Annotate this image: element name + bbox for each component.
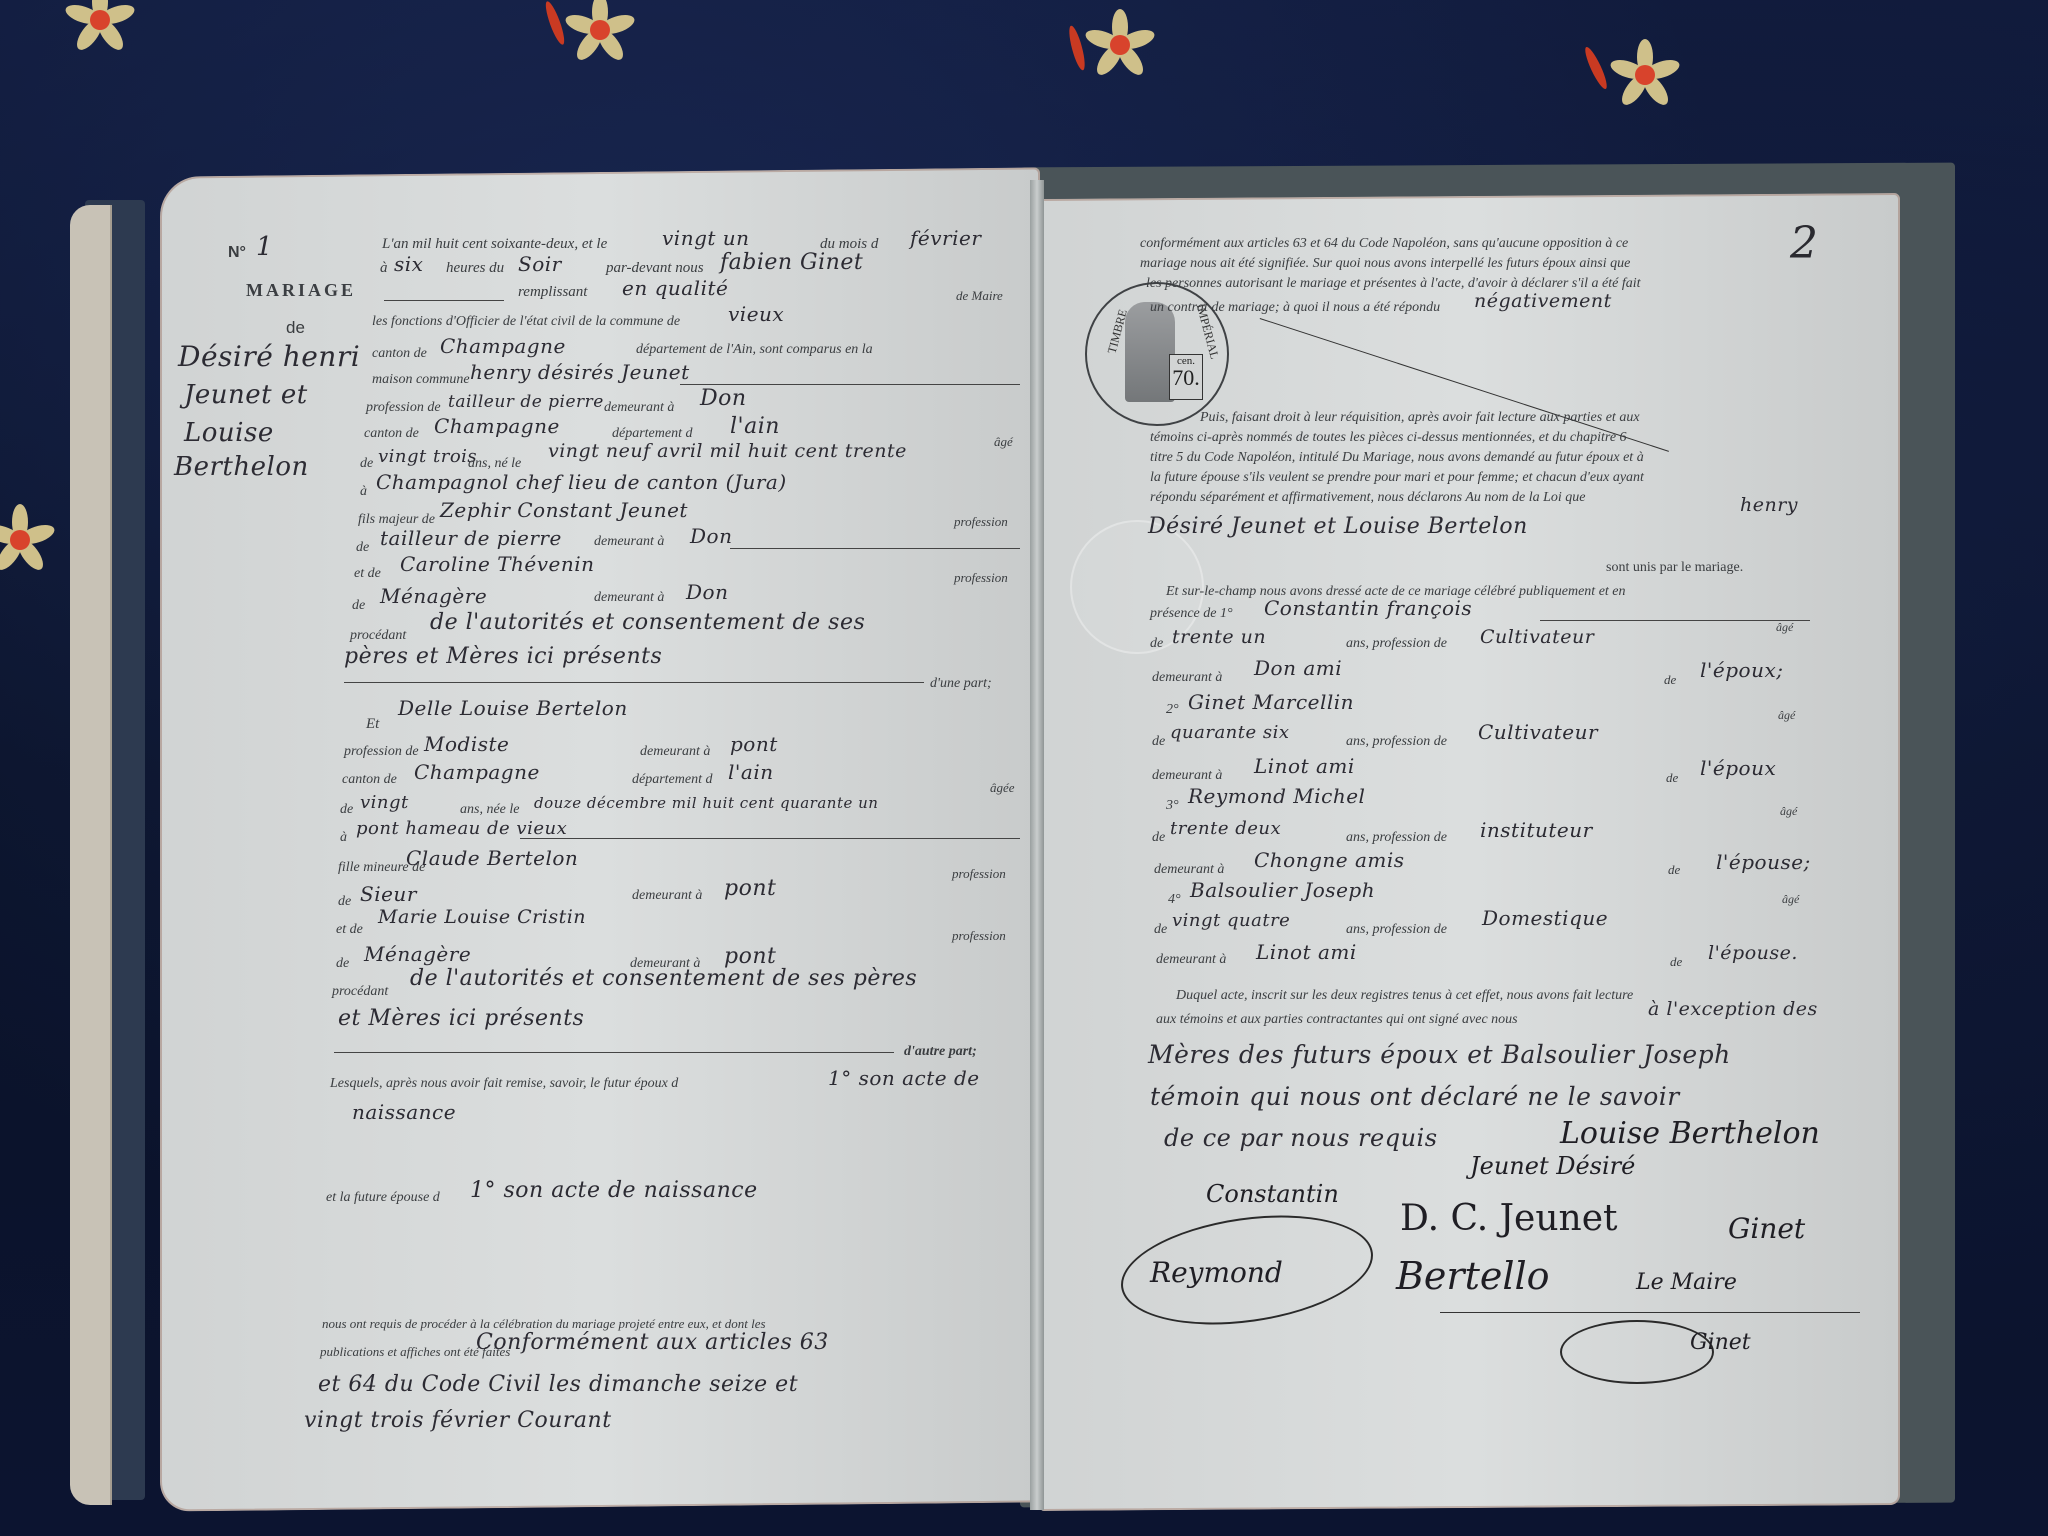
printed-text: d'une part; <box>930 676 992 692</box>
stamp-value: 70. <box>1170 367 1202 389</box>
signature-underline <box>1440 1312 1860 1313</box>
handwritten-entry: et 64 du Code Civil les dimanche seize e… <box>318 1372 798 1397</box>
handwritten-entry: Cultivateur <box>1480 626 1594 648</box>
folio-number: 2 <box>1790 218 1818 269</box>
margin-name-line: Berthelon <box>174 452 309 482</box>
printed-text: conformément aux articles 63 et 64 du Co… <box>1140 236 1628 252</box>
printed-text: demeurant à <box>1156 952 1226 968</box>
printed-text: âgée <box>990 780 1015 796</box>
printed-text: profession de <box>366 400 441 416</box>
handwritten-entry: Ménagère <box>380 584 487 608</box>
handwritten-entry: Modiste <box>424 732 509 756</box>
handwritten-entry: Désiré Jeunet et Louise Bertelon <box>1148 514 1528 539</box>
printed-text: ans, profession de <box>1346 830 1447 846</box>
page-stack-edge <box>70 205 112 1505</box>
printed-text: âgé <box>1780 804 1797 819</box>
handwritten-entry: fabien Ginet <box>720 250 863 275</box>
printed-text: à <box>360 484 367 500</box>
handwritten-entry: vingt <box>360 792 409 813</box>
handwritten-entry: Linot ami <box>1254 754 1355 778</box>
printed-text: ans, profession de <box>1346 734 1447 750</box>
handwritten-entry: l'épouse; <box>1716 850 1811 874</box>
printed-text: demeurant à <box>594 590 664 606</box>
printed-text: à <box>380 260 388 277</box>
printed-text: procédant <box>350 628 406 644</box>
signature: Ginet <box>1728 1212 1805 1245</box>
printed-text: Lesquels, après nous avoir fait remise, … <box>330 1076 678 1092</box>
handwritten-entry: de l'autorités et consentement de ses <box>430 610 865 635</box>
printed-text: canton de <box>372 346 427 362</box>
printed-text: âgé <box>1778 708 1795 723</box>
handwritten-entry: Constantin françois <box>1264 596 1472 620</box>
act-number: 1 <box>256 232 273 262</box>
handwritten-entry: Reymond Michel <box>1188 784 1365 808</box>
handwritten-entry: vieux <box>728 302 784 326</box>
handwritten-entry: trente un <box>1172 626 1266 648</box>
printed-text: demeurant à <box>1152 670 1222 686</box>
handwritten-entry: de ce par nous requis <box>1164 1124 1438 1152</box>
handwritten-entry: douze décembre mil huit cent quarante un <box>534 794 878 812</box>
printed-text: canton de <box>342 772 397 788</box>
printed-text: de <box>356 540 369 556</box>
printed-text: âgé <box>1782 892 1799 907</box>
printed-text: aux témoins et aux parties contractantes… <box>1156 1012 1518 1028</box>
handwritten-entry: pont hameau de vieux <box>356 818 567 839</box>
signature: Le Maire <box>1636 1270 1737 1295</box>
printed-text: et la future épouse d <box>326 1190 440 1206</box>
printed-text: demeurant à <box>640 744 710 760</box>
handwritten-entry: Don <box>690 524 732 548</box>
printed-text: de <box>1150 636 1163 652</box>
printed-text: ans, profession de <box>1346 922 1447 938</box>
handwritten-entry: Ginet Marcellin <box>1188 690 1354 714</box>
act-number-label: N° <box>228 244 246 262</box>
printed-text: demeurant à <box>1154 862 1224 878</box>
printed-text: canton de <box>364 426 419 442</box>
handwritten-entry: Claude Bertelon <box>406 846 578 870</box>
handwritten-entry: de l'autorités et consentement de ses pè… <box>410 966 917 991</box>
printed-text: profession de <box>344 744 419 760</box>
handwritten-entry: Soir <box>518 252 562 276</box>
printed-text: ans, née le <box>460 802 519 818</box>
handwritten-entry: négativement <box>1474 290 1612 312</box>
signature: Jeunet Désiré <box>1470 1152 1635 1180</box>
printed-text: de <box>1152 734 1165 750</box>
handwritten-entry: pères et Mères ici présents <box>344 644 662 669</box>
printed-text: les fonctions d'Officier de l'état civil… <box>372 314 680 330</box>
printed-text: profession <box>952 928 1006 944</box>
margin-name-line: Désiré henri <box>178 340 360 373</box>
act-type-title: MARIAGE <box>246 280 356 301</box>
printed-text: à <box>340 830 347 846</box>
signature: Ginet <box>1690 1330 1751 1355</box>
book-gutter <box>1030 180 1044 1510</box>
printed-text: département de l'Ain, sont comparus en l… <box>636 342 873 358</box>
signature: Reymond <box>1150 1256 1283 1289</box>
handwritten-entry: Sieur <box>360 882 417 906</box>
printed-text: présence de 1° <box>1150 606 1233 622</box>
printed-text: profession <box>954 570 1008 586</box>
handwritten-entry: instituteur <box>1480 818 1593 842</box>
handwritten-entry: Ménagère <box>364 942 471 966</box>
handwritten-entry: henry <box>1740 494 1798 516</box>
printed-text: procédant <box>332 984 388 1000</box>
handwritten-entry: Delle Louise Bertelon <box>398 696 628 720</box>
handwritten-entry: Champagne <box>434 414 560 438</box>
printed-text: de <box>1666 770 1678 786</box>
handwritten-entry: Linot ami <box>1256 940 1357 964</box>
handwritten-entry: six <box>394 252 423 276</box>
printed-text: de <box>1154 922 1167 938</box>
handwritten-entry: en qualité <box>622 276 728 300</box>
printed-text: profession <box>954 514 1008 530</box>
handwritten-entry: vingt trois <box>378 446 477 467</box>
printed-text: sont unis par le mariage. <box>1606 560 1743 576</box>
margin-de: de <box>286 318 305 338</box>
printed-text: âgé <box>994 434 1013 450</box>
handwritten-entry: témoin qui nous ont déclaré ne le savoir <box>1150 1082 1680 1111</box>
handwritten-entry: Don <box>700 386 747 411</box>
printed-text: la future épouse s'ils veulent se prendr… <box>1150 470 1644 486</box>
liberty-figure-icon <box>1125 302 1175 402</box>
handwritten-entry: tailleur de pierre <box>448 392 604 412</box>
printed-text: d'autre part; <box>904 1044 977 1060</box>
signature: D. C. Jeunet <box>1400 1198 1618 1239</box>
handwritten-entry: Zephir Constant Jeunet <box>440 498 688 522</box>
handwritten-entry: vingt neuf avril mil huit cent trente <box>548 440 907 462</box>
printed-text: de <box>360 456 373 472</box>
printed-text: profession <box>952 866 1006 882</box>
handwritten-entry: vingt un <box>662 226 750 250</box>
handwritten-entry: 1° son acte de <box>828 1066 980 1090</box>
printed-text: un contrat de mariage; à quoi il nous a … <box>1150 300 1440 316</box>
handwritten-entry: l'épouse. <box>1708 942 1798 964</box>
printed-text: ans, profession de <box>1346 636 1447 652</box>
printed-text: demeurant à <box>604 400 674 416</box>
handwritten-entry: Cultivateur <box>1478 720 1598 744</box>
printed-text: témoins ci-après nommés de toutes les pi… <box>1150 430 1627 446</box>
handwritten-entry: Champagne <box>440 334 566 358</box>
printed-text: département d <box>632 772 712 788</box>
handwritten-entry: Conformément aux articles 63 <box>476 1330 829 1355</box>
printed-text: de Maire <box>956 288 1003 304</box>
printed-text: et de <box>354 566 381 582</box>
printed-text: demeurant à <box>632 888 702 904</box>
printed-text: de <box>1152 830 1165 846</box>
printed-text: 3° <box>1166 798 1179 814</box>
printed-text: de <box>1668 862 1680 878</box>
handwritten-entry: l'époux <box>1700 756 1776 780</box>
printed-text: Puis, faisant droit à leur réquisition, … <box>1200 410 1640 426</box>
printed-text: de <box>1670 954 1682 970</box>
printed-text: répondu séparément et affirmativement, n… <box>1150 490 1586 506</box>
margin-name-line: Jeunet et <box>184 380 308 410</box>
signature: Bertello <box>1396 1254 1550 1298</box>
printed-text: de <box>1664 672 1676 688</box>
printed-text: Duquel acte, inscrit sur les deux regist… <box>1176 988 1633 1004</box>
handwritten-entry: vingt trois février Courant <box>304 1408 612 1433</box>
handwritten-entry: vingt quatre <box>1172 910 1290 931</box>
handwritten-entry: 1° son acte de naissance <box>470 1178 758 1203</box>
printed-text: remplissant <box>518 284 587 301</box>
printed-text: demeurant à <box>1152 768 1222 784</box>
signature: Louise Berthelon <box>1560 1116 1820 1151</box>
handwritten-entry: et Mères ici présents <box>338 1006 584 1031</box>
handwritten-entry: Chongne amis <box>1254 848 1405 872</box>
handwritten-entry: pont <box>724 876 776 901</box>
handwritten-entry: Don ami <box>1254 656 1342 680</box>
printed-text: âgé <box>1776 620 1793 635</box>
printed-text: de <box>340 802 353 818</box>
printed-text: maison commune <box>372 372 470 388</box>
printed-text: demeurant à <box>594 534 664 550</box>
handwritten-entry: l'ain <box>728 760 774 784</box>
stamp-value-box: cen. 70. <box>1169 354 1203 400</box>
handwritten-entry: quarante six <box>1170 722 1290 743</box>
handwritten-entry: l'époux; <box>1700 658 1783 682</box>
handwritten-entry: tailleur de pierre <box>380 526 562 550</box>
handwritten-entry: naissance <box>352 1100 456 1124</box>
printed-text: et de <box>336 922 363 938</box>
handwritten-entry: à l'exception des <box>1648 998 1818 1020</box>
printed-text: Et <box>366 716 379 733</box>
handwritten-entry: l'ain <box>730 414 780 439</box>
handwritten-entry: Mères des futurs époux et Balsoulier Jos… <box>1148 1040 1731 1069</box>
handwritten-entry: Don <box>686 580 728 604</box>
printed-text: de <box>338 894 351 910</box>
handwritten-entry: Domestique <box>1482 906 1608 930</box>
handwritten-entry: Marie Louise Cristin <box>378 906 586 928</box>
printed-text: titre 5 du Code Napoléon, intitulé Du Ma… <box>1150 450 1644 466</box>
printed-text: L'an mil huit cent soixante-deux, et le <box>382 236 607 253</box>
signature: Constantin <box>1206 1180 1339 1208</box>
handwritten-entry: henry désirés Jeunet <box>470 360 690 384</box>
printed-text: par-devant nous <box>606 260 704 277</box>
printed-text: de <box>336 956 349 972</box>
printed-text: 4° <box>1168 892 1181 908</box>
printed-text: 2° <box>1166 702 1179 718</box>
handwritten-entry: pont <box>730 732 778 756</box>
handwritten-entry: trente deux <box>1170 818 1281 839</box>
handwritten-entry: Caroline Thévenin <box>400 552 595 576</box>
printed-text: mariage nous ait été signifiée. Sur quoi… <box>1140 256 1630 272</box>
printed-text: heures du <box>446 260 504 277</box>
handwritten-entry: Champagnol chef lieu de canton (Jura) <box>376 470 787 494</box>
handwritten-entry: Champagne <box>414 760 540 784</box>
handwritten-entry: février <box>910 226 981 250</box>
handwritten-entry: Balsoulier Joseph <box>1190 878 1375 902</box>
printed-text: de <box>352 598 365 614</box>
margin-name-line: Louise <box>184 418 274 448</box>
